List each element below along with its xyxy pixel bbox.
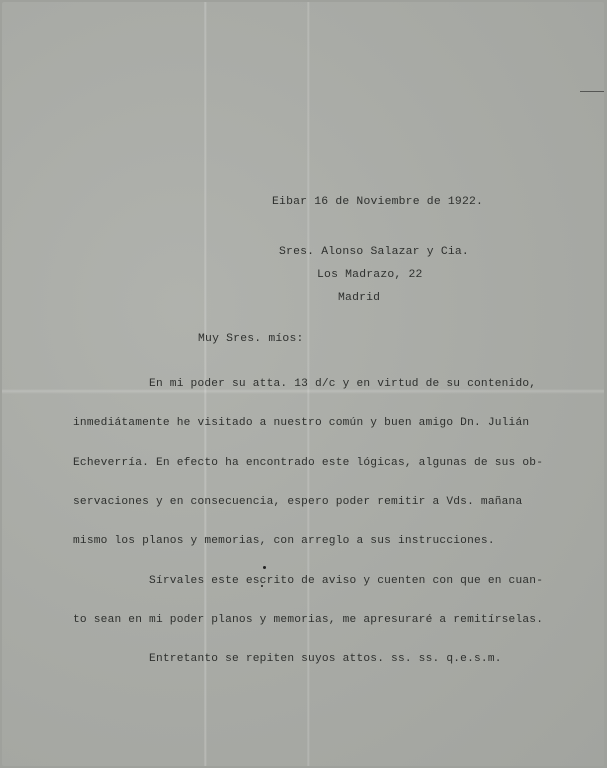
ink-spot (261, 585, 263, 587)
body-line: Entretanto se repiten suyos attos. ss. s… (73, 653, 543, 666)
letter-page: Eibar 16 de Noviembre de 1922. Sres. Alo… (2, 2, 604, 766)
body-line: to sean en mi poder planos y memorias, m… (73, 614, 543, 627)
margin-mark (580, 91, 604, 92)
body-line: Echeverría. En efecto ha encontrado este… (73, 457, 543, 470)
body-line: inmediátamente he visitado a nuestro com… (73, 417, 543, 430)
letter-body: En mi poder su atta. 13 d/c y en virtud … (73, 352, 543, 692)
ink-spot (263, 566, 266, 569)
salutation: Muy Sres. míos: (198, 332, 304, 346)
body-line: servaciones y en consecuencia, espero po… (73, 496, 543, 509)
dateline: Eibar 16 de Noviembre de 1922. (272, 195, 483, 209)
recipient-name: Sres. Alonso Salazar y Cia. (279, 245, 469, 259)
body-line: mismo los planos y memorias, con arreglo… (73, 535, 543, 548)
recipient-street: Los Madrazo, 22 (317, 268, 423, 282)
body-line: Sírvales este escrito de aviso y cuenten… (73, 575, 543, 588)
recipient-city: Madrid (338, 291, 380, 305)
body-line: En mi poder su atta. 13 d/c y en virtud … (73, 378, 543, 391)
